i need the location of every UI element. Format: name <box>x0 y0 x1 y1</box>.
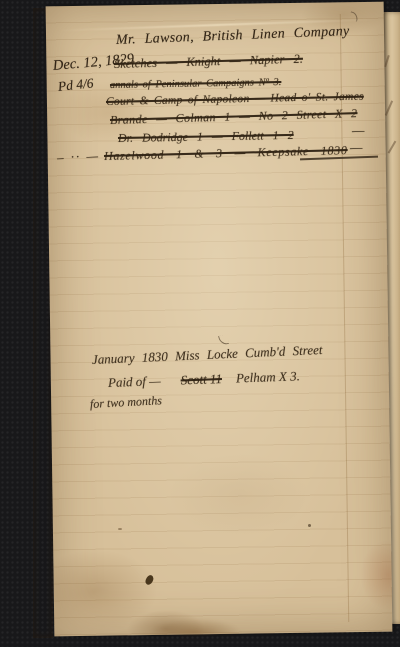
pen-dash-right-2: — <box>350 141 363 157</box>
second-entry-title: Pelham X 3. <box>236 368 300 386</box>
struck-entry-5: Dr. Dodridge 1 — Follett 1 2 <box>118 128 294 146</box>
bottom-edge-stain <box>150 618 242 634</box>
second-entry-struck-title: Scott 11 <box>180 371 222 388</box>
ledger-photo: Mr. Lawson, British Linen Company Dec. 1… <box>0 0 400 647</box>
ink-speck <box>118 528 122 530</box>
pen-dash-right-1: — <box>352 124 365 140</box>
margin-dash-marks: – ·· — <box>57 148 101 166</box>
ink-speck <box>308 524 311 527</box>
second-entry-paid-note: Paid of — <box>108 373 161 391</box>
